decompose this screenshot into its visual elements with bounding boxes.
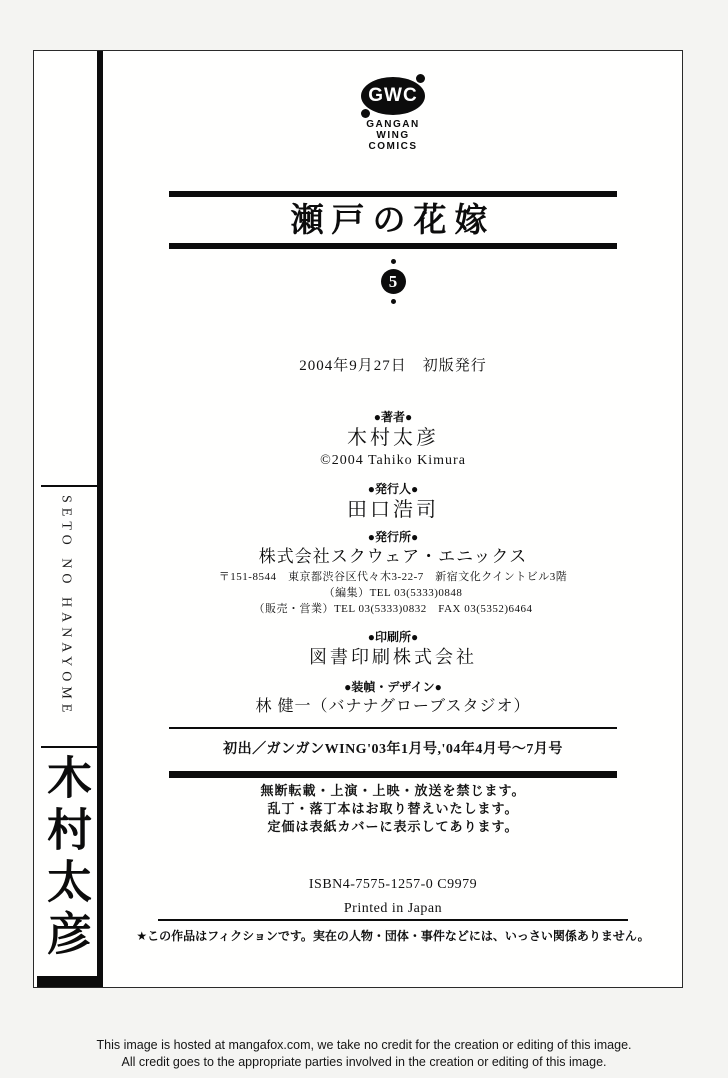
edition-date: 2004年9月27日 初版発行 (104, 354, 682, 375)
book-title: 瀬戸の花嫁 (104, 197, 682, 243)
spine-end-bar (37, 976, 97, 987)
publisher-rep-name: 田口浩司 (104, 497, 682, 523)
notice-line-1: 無断転載・上演・上映・放送を禁じます。 (104, 782, 682, 800)
notices-block: 無断転載・上演・上映・放送を禁じます。 乱丁・落丁本はお取り替えいたします。 定… (104, 782, 682, 836)
logo-dot-bottom-icon (361, 109, 370, 118)
notice-line-3: 定価は表紙カバーに表示してあります。 (104, 818, 682, 836)
gwc-logo-wordmark: GANGAN WING COMICS (104, 119, 682, 152)
printer-heading: ●印刷所● (104, 629, 682, 645)
spine-author-name: 木村太彦 (33, 754, 98, 969)
publisher-section: ●発行所● 株式会社スクウェア・エニックス 〒151-8544 東京都渋谷区代々… (104, 529, 682, 617)
publisher-address: 〒151-8544 東京都渋谷区代々木3-22-7 新宿文化クイントビル3階 (104, 569, 682, 585)
volume-dot-top-icon (391, 259, 396, 264)
spine-rule-bottom (41, 746, 97, 748)
logo-line-1: GANGAN (104, 119, 682, 130)
logo-dot-top-icon (416, 74, 425, 83)
fiction-rule (158, 919, 628, 921)
hosting-disclaimer-line-1: This image is hosted at mangafox.com, we… (0, 1037, 728, 1054)
publisher-tel-sales: （販売・営業）TEL 03(5333)0832 FAX 03(5352)6464 (104, 601, 682, 617)
publisher-name: 株式会社スクウェア・エニックス (104, 545, 682, 569)
design-heading: ●装幀・デザイン● (104, 679, 682, 695)
logo-line-2: WING (104, 130, 682, 141)
gwc-logo-oval: GWC (361, 77, 425, 115)
volume-dot-bottom-icon (391, 299, 396, 304)
isbn-line: ISBN4-7575-1257-0 C9979 (104, 875, 682, 895)
spine-strip: SETO NO HANAYOME 木村太彦 (34, 51, 103, 987)
design-name: 林 健一（バナナグローブスタジオ） (104, 695, 682, 719)
publisher-rep-heading: ●発行人● (104, 481, 682, 497)
firstpub-rule-top (169, 727, 617, 729)
fiction-note: ★この作品はフィクションです。実在の人物・団体・事件などには、いっさい関係ありま… (104, 928, 682, 945)
printed-in-line: Printed in Japan (104, 899, 682, 919)
colophon-page: SETO NO HANAYOME 木村太彦 GWC GANGAN WING CO… (33, 50, 683, 988)
publisher-rep-section: ●発行人● 田口浩司 (104, 481, 682, 523)
logo-line-3: COMICS (104, 141, 682, 152)
first-publication: 初出／ガンガンWING'03年1月号,'04年4月号～7月号 (104, 740, 682, 760)
author-heading: ●著者● (104, 409, 682, 425)
gwc-logo: GWC GANGAN WING COMICS (104, 77, 682, 152)
spine-rule-top (41, 485, 97, 487)
design-section: ●装幀・デザイン● 林 健一（バナナグローブスタジオ） (104, 679, 682, 719)
fiction-note-block: ★この作品はフィクションです。実在の人物・団体・事件などには、いっさい関係ありま… (104, 919, 682, 945)
title-block: 瀬戸の花嫁 (104, 191, 682, 249)
printer-section: ●印刷所● 図書印刷株式会社 (104, 629, 682, 669)
firstpub-rule-bottom (169, 771, 617, 778)
publisher-tel-edit: （編集）TEL 03(5333)0848 (104, 585, 682, 601)
hosting-disclaimer: This image is hosted at mangafox.com, we… (0, 1037, 728, 1071)
spine-title-romaji: SETO NO HANAYOME (58, 495, 74, 745)
title-rule-bottom (169, 243, 617, 249)
gwc-logo-acronym: GWC (368, 85, 417, 106)
notice-line-2: 乱丁・落丁本はお取り替えいたします。 (104, 800, 682, 818)
volume-block: 5 (104, 259, 682, 304)
hosting-disclaimer-line-2: All credit goes to the appropriate parti… (0, 1054, 728, 1071)
volume-number-badge: 5 (381, 269, 406, 294)
first-publication-block: 初出／ガンガンWING'03年1月号,'04年4月号～7月号 (104, 727, 682, 778)
author-section: ●著者● 木村太彦 ©2004 Tahiko Kimura (104, 409, 682, 471)
author-name: 木村太彦 (104, 425, 682, 451)
colophon-main: GWC GANGAN WING COMICS 瀬戸の花嫁 5 2004年9月27… (104, 51, 682, 987)
printer-name: 図書印刷株式会社 (104, 645, 682, 669)
author-copyright: ©2004 Tahiko Kimura (104, 451, 682, 471)
publisher-heading: ●発行所● (104, 529, 682, 545)
